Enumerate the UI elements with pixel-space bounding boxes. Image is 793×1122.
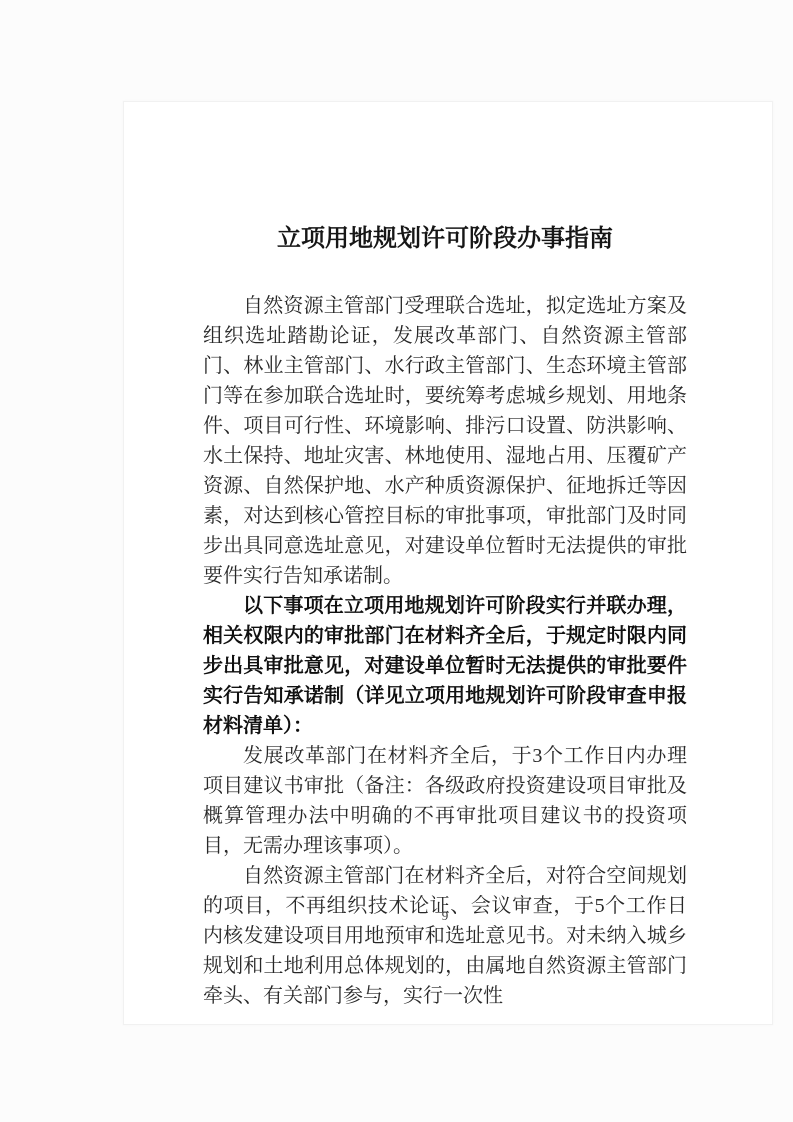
paragraph-joint-site-selection: 自然资源主管部门受理联合选址，拟定选址方案及组织选址踏勘论证，发展改革部门、自然… — [203, 291, 687, 591]
page-title: 立项用地规划许可阶段办事指南 — [203, 223, 687, 254]
document-page: 立项用地规划许可阶段办事指南 自然资源主管部门受理联合选址，拟定选址方案及组织选… — [123, 101, 773, 1025]
paragraph-development-reform-dept: 发展改革部门在材料齐全后，于3个工作日内办理项目建议书审批（备注：各级政府投资建… — [203, 741, 687, 861]
paragraph-parallel-processing-bold: 以下事项在立项用地规划许可阶段实行并联办理，相关权限内的审批部门在材料齐全后，于… — [203, 591, 687, 741]
page-number: 9 — [203, 907, 687, 924]
paragraph-natural-resources-dept: 自然资源主管部门在材料齐全后，对符合空间规划的项目，不再组织技术论证、会议审查，… — [203, 861, 687, 1011]
document-content: 立项用地规划许可阶段办事指南 自然资源主管部门受理联合选址，拟定选址方案及组织选… — [203, 102, 687, 1011]
